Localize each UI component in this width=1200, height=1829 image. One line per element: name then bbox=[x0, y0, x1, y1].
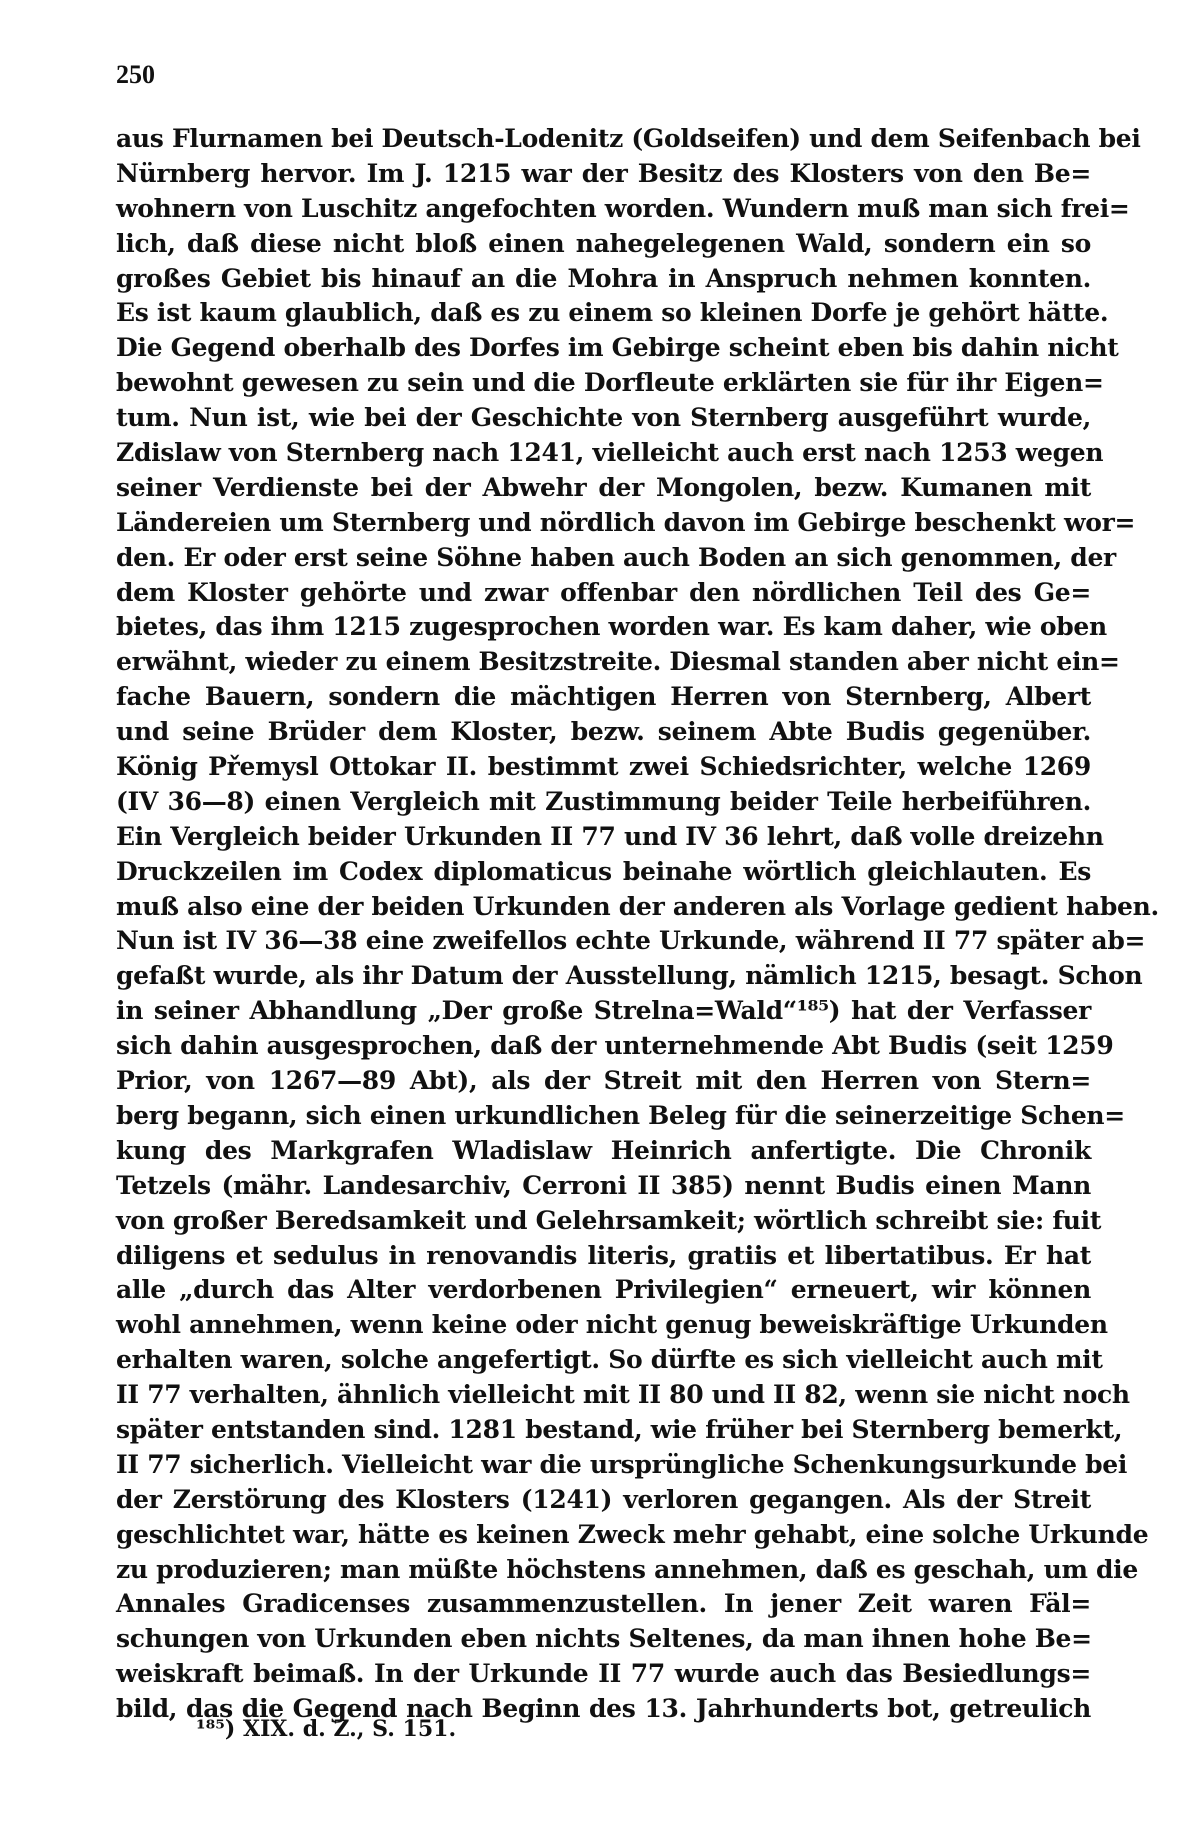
text-line: dem Kloster gehörte und zwar offenbar de… bbox=[116, 576, 1091, 611]
text-line: den. Er oder erst seine Söhne haben auch… bbox=[116, 541, 1091, 576]
text-line: kung des Markgrafen Wladislaw Heinrich a… bbox=[116, 1134, 1091, 1169]
text-line: Prior, von 1267—89 Abt), als der Streit … bbox=[116, 1064, 1091, 1099]
text-line: fache Bauern, sondern die mächtigen Herr… bbox=[116, 680, 1091, 715]
text-line: Es ist kaum glaublich, daß es zu einem s… bbox=[116, 296, 1091, 331]
text-line: Tetzels (mähr. Landesarchiv, Cerroni II … bbox=[116, 1169, 1091, 1204]
text-line: sich dahin ausgesprochen, daß der untern… bbox=[116, 1029, 1091, 1064]
page-number: 250 bbox=[116, 60, 155, 90]
text-line: Nürnberg hervor. Im J. 1215 war der Besi… bbox=[116, 157, 1091, 192]
text-line: großes Gebiet bis hinauf an die Mohra in… bbox=[116, 262, 1091, 297]
text-line: weiskraft beimaß. In der Urkunde II 77 w… bbox=[116, 1657, 1091, 1692]
text-line: Nun ist IV 36—38 eine zweifellos echte U… bbox=[116, 924, 1091, 959]
text-line: in seiner Abhandlung „Der große Strelna=… bbox=[116, 994, 1091, 1029]
text-line: gefaßt wurde, als ihr Datum der Ausstell… bbox=[116, 959, 1091, 994]
text-line: tum. Nun ist, wie bei der Geschichte von… bbox=[116, 401, 1091, 436]
text-line: II 77 sicherlich. Vielleicht war die urs… bbox=[116, 1448, 1091, 1483]
text-line: Die Gegend oberhalb des Dorfes im Gebirg… bbox=[116, 331, 1091, 366]
text-line: Ein Vergleich beider Urkunden II 77 und … bbox=[116, 820, 1091, 855]
text-line: erhalten waren, solche angefertigt. So d… bbox=[116, 1343, 1091, 1378]
text-line: wohl annehmen, wenn keine oder nicht gen… bbox=[116, 1308, 1091, 1343]
text-line: muß also eine der beiden Urkunden der an… bbox=[116, 890, 1091, 925]
footnote-marker: ¹⁸⁵) bbox=[196, 1716, 235, 1742]
text-line: der Zerstörung des Klosters (1241) verlo… bbox=[116, 1483, 1091, 1518]
text-line: König Přemysl Ottokar II. bestimmt zwei … bbox=[116, 750, 1091, 785]
text-line: später entstanden sind. 1281 bestand, wi… bbox=[116, 1413, 1091, 1448]
footnote-text: XIX. d. Z., S. 151. bbox=[243, 1716, 456, 1742]
text-line: geschlichtet war, hätte es keinen Zweck … bbox=[116, 1518, 1091, 1553]
text-line: Druckzeilen im Codex diplomaticus beinah… bbox=[116, 855, 1091, 890]
text-line: erwähnt, wieder zu einem Besitzstreite. … bbox=[116, 645, 1091, 680]
text-line: von großer Beredsamkeit und Gelehrsamkei… bbox=[116, 1204, 1091, 1239]
text-line: lich, daß diese nicht bloß einen nahegel… bbox=[116, 227, 1091, 262]
text-line: aus Flurnamen bei Deutsch-Lodenitz (Gold… bbox=[116, 122, 1091, 157]
text-line: alle „durch das Alter verdorbenen Privil… bbox=[116, 1273, 1091, 1308]
text-line: Ländereien um Sternberg und nördlich dav… bbox=[116, 506, 1091, 541]
body-text: aus Flurnamen bei Deutsch-Lodenitz (Gold… bbox=[116, 122, 1091, 1727]
text-line: II 77 verhalten, ähnlich vielleicht mit … bbox=[116, 1378, 1091, 1413]
text-line: wohnern von Luschitz angefochten worden.… bbox=[116, 192, 1091, 227]
text-line: Zdislaw von Sternberg nach 1241, viellei… bbox=[116, 436, 1091, 471]
text-line: schungen von Urkunden eben nichts Selten… bbox=[116, 1622, 1091, 1657]
text-line: zu produzieren; man müßte höchstens anne… bbox=[116, 1553, 1091, 1588]
text-line: bietes, das ihm 1215 zugesprochen worden… bbox=[116, 610, 1091, 645]
footnote: ¹⁸⁵) XIX. d. Z., S. 151. bbox=[196, 1716, 456, 1742]
text-line: (IV 36—8) einen Vergleich mit Zustimmung… bbox=[116, 785, 1091, 820]
text-line: Annales Gradicenses zusammenzustellen. I… bbox=[116, 1587, 1091, 1622]
text-line: berg begann, sich einen urkundlichen Bel… bbox=[116, 1099, 1091, 1134]
text-line: und seine Brüder dem Kloster, bezw. sein… bbox=[116, 715, 1091, 750]
document-page: 250 aus Flurnamen bei Deutsch-Lodenitz (… bbox=[0, 0, 1200, 1829]
text-line: diligens et sedulus in renovandis literi… bbox=[116, 1239, 1091, 1274]
text-line: bewohnt gewesen zu sein und die Dorfleut… bbox=[116, 366, 1091, 401]
text-line: seiner Verdienste bei der Abwehr der Mon… bbox=[116, 471, 1091, 506]
